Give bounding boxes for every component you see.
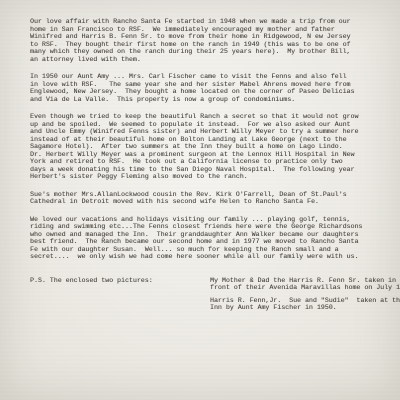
postscript-label: P.S. The enclosed two pictures: (30, 277, 210, 317)
letter-paragraph-5: We loved our vacations and holidays visi… (30, 216, 378, 261)
letter-paragraph-1: Our love affair with Rancho Santa Fe sta… (30, 18, 378, 63)
postscript-note-1: My Mother & Dad the Harris R. Fenn Sr. t… (210, 277, 400, 292)
letter-paragraph-4: Sue's mother Mrs.AllanLockwood cousin th… (30, 191, 378, 206)
scanned-letter-page: Our love affair with Rancho Santa Fe sta… (0, 0, 400, 400)
postscript-note-2: Harris R. Fenn,Jr. Sue and "Sudie" taken… (210, 297, 400, 312)
postscript: P.S. The enclosed two pictures: My Mothe… (30, 277, 378, 317)
letter-paragraph-2: In 1950 our Aunt Amy ... Mrs. Carl Fisch… (30, 73, 378, 103)
postscript-notes: My Mother & Dad the Harris R. Fenn Sr. t… (210, 277, 400, 317)
letter-paragraph-3: Even though we tried to keep the beautif… (30, 113, 378, 181)
